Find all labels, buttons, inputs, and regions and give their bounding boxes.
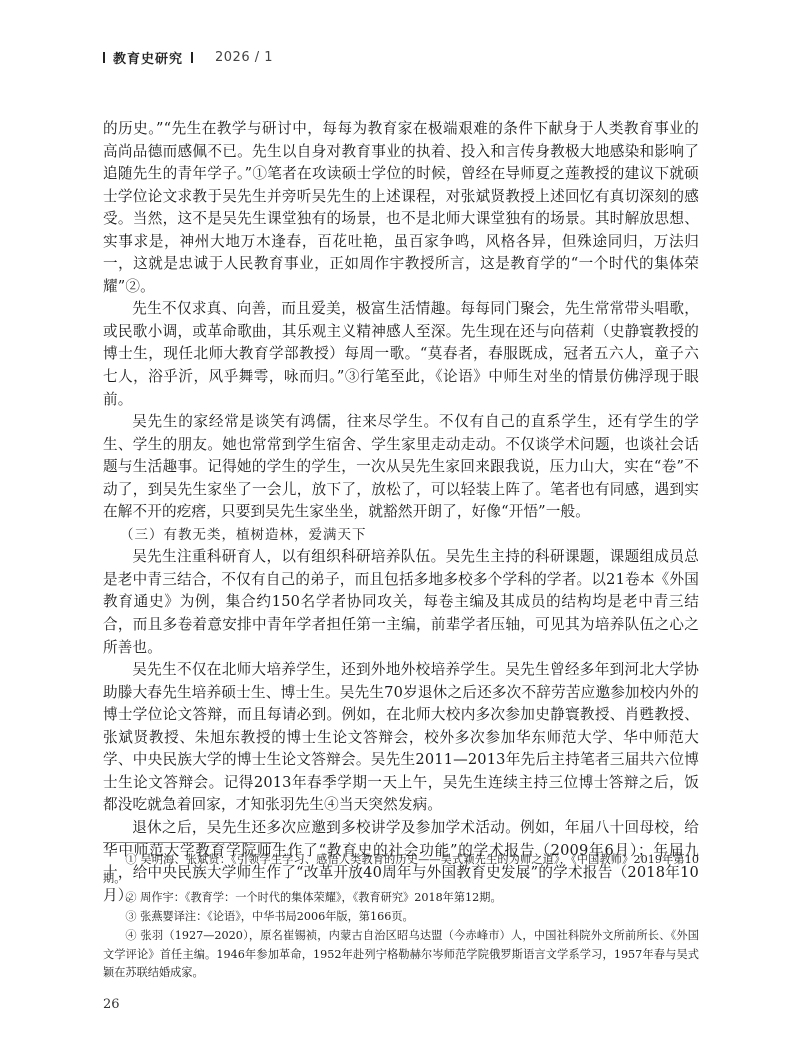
footnote-3: ③ 张燕婴译注：《论语》，中华书局2006年版，第166页。: [103, 908, 699, 927]
paragraph: 先生不仅求真、向善，而且爱美，极富生活情趣。每每同门聚会，先生常常带头唱歌，或民…: [103, 298, 699, 411]
footnotes: ① 吴明海、张斌贤：《引领学生学习、感悟人类教育的历史——吴式颖先生的为师之道》…: [103, 851, 699, 983]
page-number: 26: [103, 997, 120, 1012]
paragraph: 吴先生注重科研育人，以有组织科研培养队伍。吴先生主持的科研课题，课题组成员总是老…: [103, 546, 699, 659]
header-bar-left: [103, 52, 105, 63]
article-body: 的历史。”“先生在教学与研讨中，每每为教育家在极端艰难的条件下献身于人类教育事业…: [103, 118, 699, 907]
issue-number: 2026 / 1: [215, 50, 273, 65]
footnote-divider: [103, 842, 280, 843]
header-bar-right: [191, 52, 193, 63]
journal-title: 教育史研究: [113, 48, 183, 67]
footnote-1: ① 吴明海、张斌贤：《引领学生学习、感悟人类教育的历史——吴式颖先生的为师之道》…: [103, 851, 699, 889]
paragraph: 的历史。”“先生在教学与研讨中，每每为教育家在极端艰难的条件下献身于人类教育事业…: [103, 118, 699, 298]
running-header: 教育史研究 2026 / 1: [103, 47, 273, 67]
section-subheading: （三）有教无类，植树造林，爱满天下: [103, 524, 699, 547]
footnote-4: ④ 张羽（1927—2020），原名崔锡祯，内蒙古自治区昭乌达盟（今赤峰市）人，…: [103, 927, 699, 984]
footnote-2: ② 周作宇：《教育学：一个时代的集体荣耀》，《教育研究》2018年第12期。: [103, 889, 699, 908]
paragraph: 吴先生的家经常是谈笑有鸿儒，往来尽学生。不仅有自己的直系学生，还有学生的学生、学…: [103, 411, 699, 524]
paragraph: 吴先生不仅在北师大培养学生，还到外地外校培养学生。吴先生曾经多年到河北大学协助滕…: [103, 659, 699, 817]
